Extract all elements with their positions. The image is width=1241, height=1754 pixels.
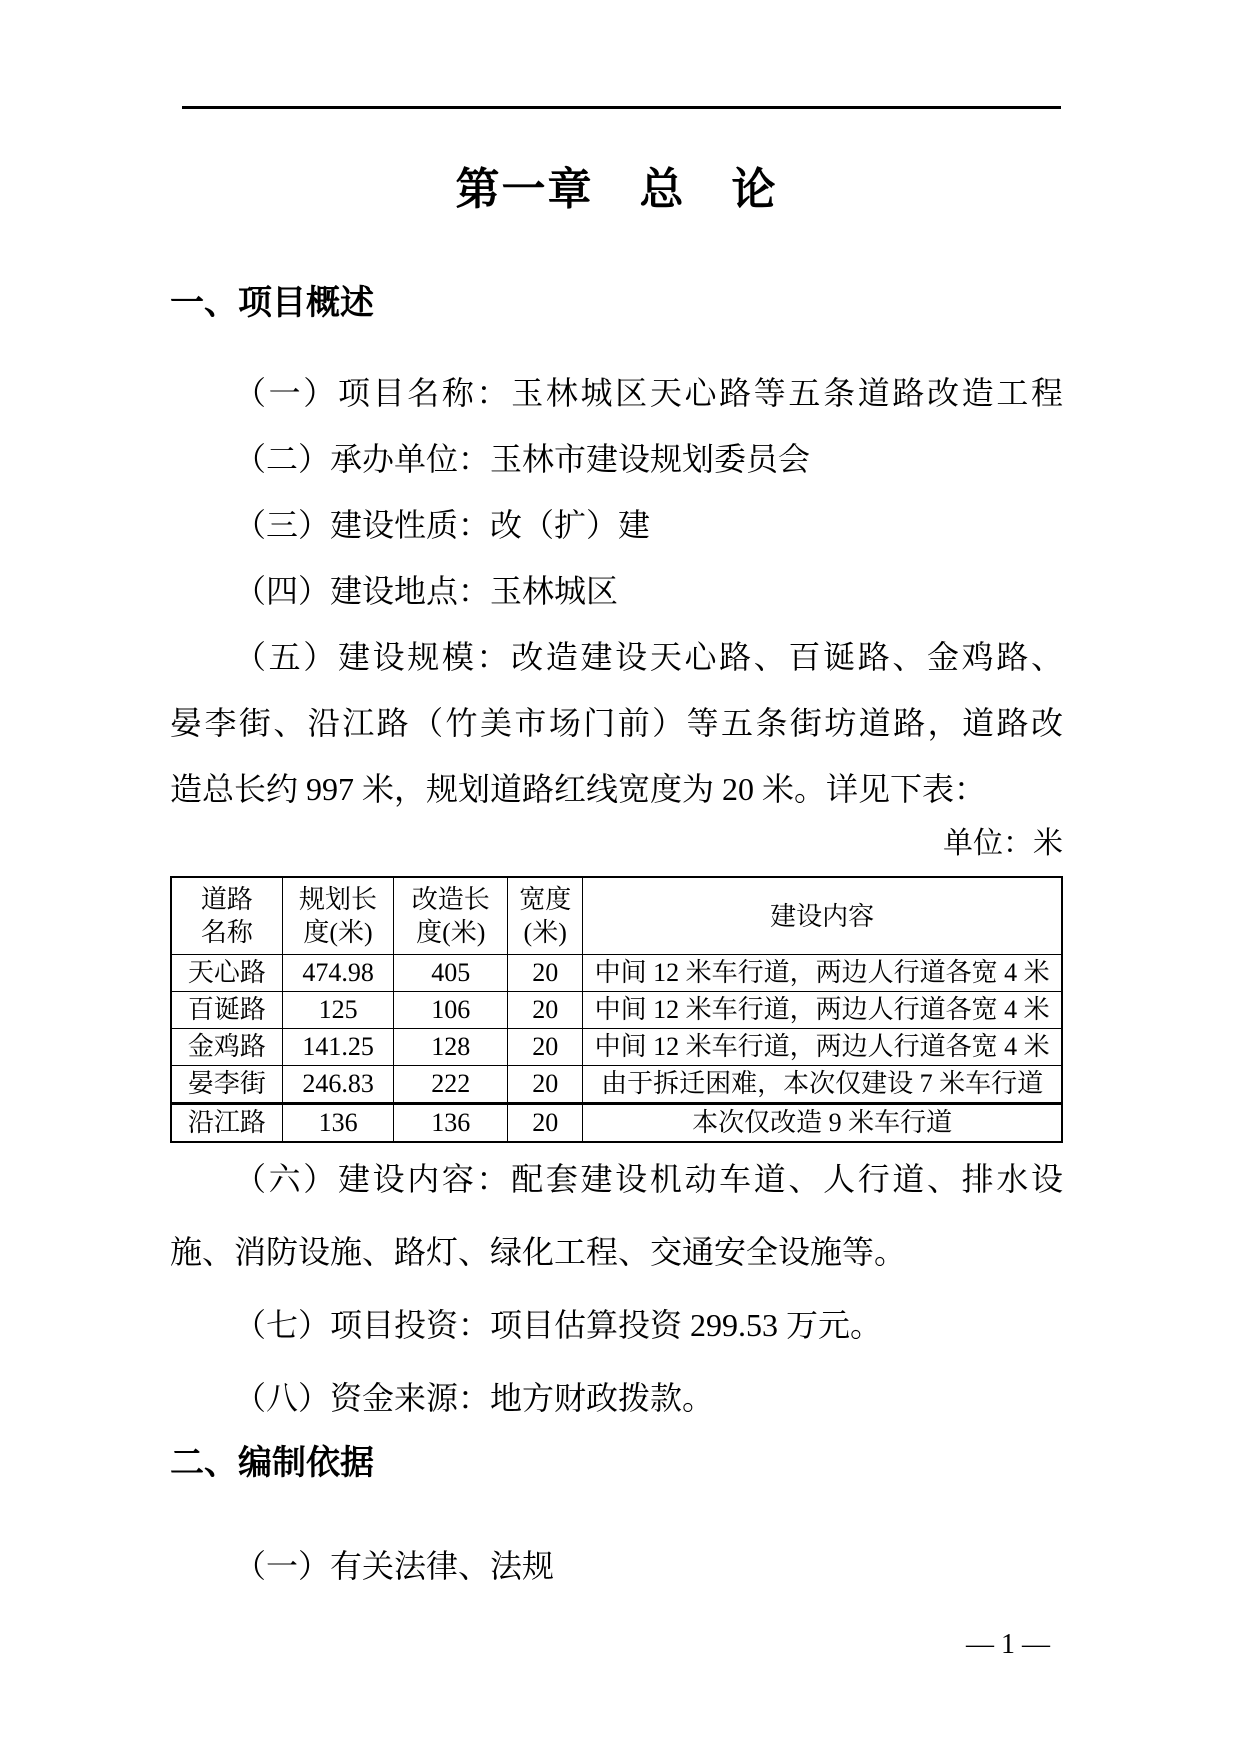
- paragraph-line: （二）承办单位：玉林市建设规划委员会: [170, 426, 1063, 492]
- document-page: 第一章 总 论 一、项目概述 （一）项目名称：玉林城区天心路等五条道路改造工程（…: [0, 0, 1241, 1754]
- table-cell: 20: [508, 1029, 583, 1066]
- paragraph-line: （七）项目投资：项目估算投资 299.53 万元。: [170, 1289, 1063, 1362]
- table-body: 天心路474.9840520中间 12 米车行道，两边人行道各宽 4 米百诞路1…: [171, 955, 1062, 1143]
- table-cell: 106: [394, 992, 508, 1029]
- table-row: 百诞路12510620中间 12 米车行道，两边人行道各宽 4 米: [171, 992, 1062, 1029]
- section-1-paragraphs: （一）项目名称：玉林城区天心路等五条道路改造工程（二）承办单位：玉林市建设规划委…: [170, 360, 1063, 822]
- table-row: 天心路474.9840520中间 12 米车行道，两边人行道各宽 4 米: [171, 955, 1062, 992]
- paragraph-line: （四）建设地点：玉林城区: [170, 558, 1063, 624]
- header-rule: [182, 106, 1061, 109]
- paragraph-line: （一）有关法律、法规: [170, 1533, 1063, 1599]
- table-row: 沿江路13613620本次仅改造 9 米车行道: [171, 1104, 1062, 1143]
- table-header-cell: 建设内容: [583, 877, 1062, 955]
- table-cell: 136: [282, 1104, 393, 1143]
- table-header-row: 道路 名称规划长 度(米)改造长 度(米)宽度 (米)建设内容: [171, 877, 1062, 955]
- table-cell: 中间 12 米车行道，两边人行道各宽 4 米: [583, 955, 1062, 992]
- table-cell: 141.25: [282, 1029, 393, 1066]
- table-cell: 20: [508, 955, 583, 992]
- table-cell: 天心路: [171, 955, 282, 992]
- table-cell: 20: [508, 992, 583, 1029]
- table-cell: 金鸡路: [171, 1029, 282, 1066]
- table-cell: 中间 12 米车行道，两边人行道各宽 4 米: [583, 992, 1062, 1029]
- table-cell: 中间 12 米车行道，两边人行道各宽 4 米: [583, 1029, 1062, 1066]
- paragraph-line: （六）建设内容：配套建设机动车道、人行道、排水设: [170, 1143, 1063, 1216]
- table-cell: 20: [508, 1104, 583, 1143]
- table-cell: 由于拆迁困难，本次仅建设 7 米车行道: [583, 1066, 1062, 1104]
- table-row: 金鸡路141.2512820中间 12 米车行道，两边人行道各宽 4 米: [171, 1029, 1062, 1066]
- table-row: 道路 名称规划长 度(米)改造长 度(米)宽度 (米)建设内容: [171, 877, 1062, 955]
- table-cell: 本次仅改造 9 米车行道: [583, 1104, 1062, 1143]
- table-cell: 136: [394, 1104, 508, 1143]
- paragraph-line: 晏李街、沿江路（竹美市场门前）等五条街坊道路，道路改: [170, 690, 1063, 756]
- section-2-heading: 二、编制依据: [170, 1443, 1063, 1483]
- table-cell: 474.98: [282, 955, 393, 992]
- paragraph-line: （五）建设规模：改造建设天心路、百诞路、金鸡路、: [170, 624, 1063, 690]
- chapter-title: 第一章 总 论: [170, 164, 1063, 216]
- table-header-cell: 规划长 度(米): [282, 877, 393, 955]
- section-2-paragraphs: （一）有关法律、法规: [170, 1533, 1063, 1599]
- table-cell: 晏李街: [171, 1066, 282, 1104]
- paragraph-line: （八）资金来源：地方财政拨款。: [170, 1362, 1063, 1435]
- table-cell: 405: [394, 955, 508, 992]
- road-construction-table: 道路 名称规划长 度(米)改造长 度(米)宽度 (米)建设内容 天心路474.9…: [170, 876, 1063, 1143]
- section-1-heading: 一、项目概述: [170, 283, 1063, 323]
- table-row: 晏李街246.8322220由于拆迁困难，本次仅建设 7 米车行道: [171, 1066, 1062, 1104]
- table-header-cell: 改造长 度(米): [394, 877, 508, 955]
- section-1-paragraphs-after-table: （六）建设内容：配套建设机动车道、人行道、排水设施、消防设施、路灯、绿化工程、交…: [170, 1143, 1063, 1435]
- table-unit-label: 单位：米: [170, 824, 1063, 864]
- table-cell: 246.83: [282, 1066, 393, 1104]
- table-cell: 百诞路: [171, 992, 282, 1029]
- page-number: — 1 —: [966, 1628, 1050, 1662]
- paragraph-line: （一）项目名称：玉林城区天心路等五条道路改造工程: [170, 360, 1063, 426]
- table-header-cell: 宽度 (米): [508, 877, 583, 955]
- table-cell: 125: [282, 992, 393, 1029]
- table-cell: 128: [394, 1029, 508, 1066]
- table-header-cell: 道路 名称: [171, 877, 282, 955]
- table-cell: 20: [508, 1066, 583, 1104]
- paragraph-line: 施、消防设施、路灯、绿化工程、交通安全设施等。: [170, 1216, 1063, 1289]
- paragraph-line: （三）建设性质：改（扩）建: [170, 492, 1063, 558]
- table-cell: 沿江路: [171, 1104, 282, 1143]
- paragraph-line: 造总长约 997 米，规划道路红线宽度为 20 米。详见下表：: [170, 756, 1063, 822]
- table-cell: 222: [394, 1066, 508, 1104]
